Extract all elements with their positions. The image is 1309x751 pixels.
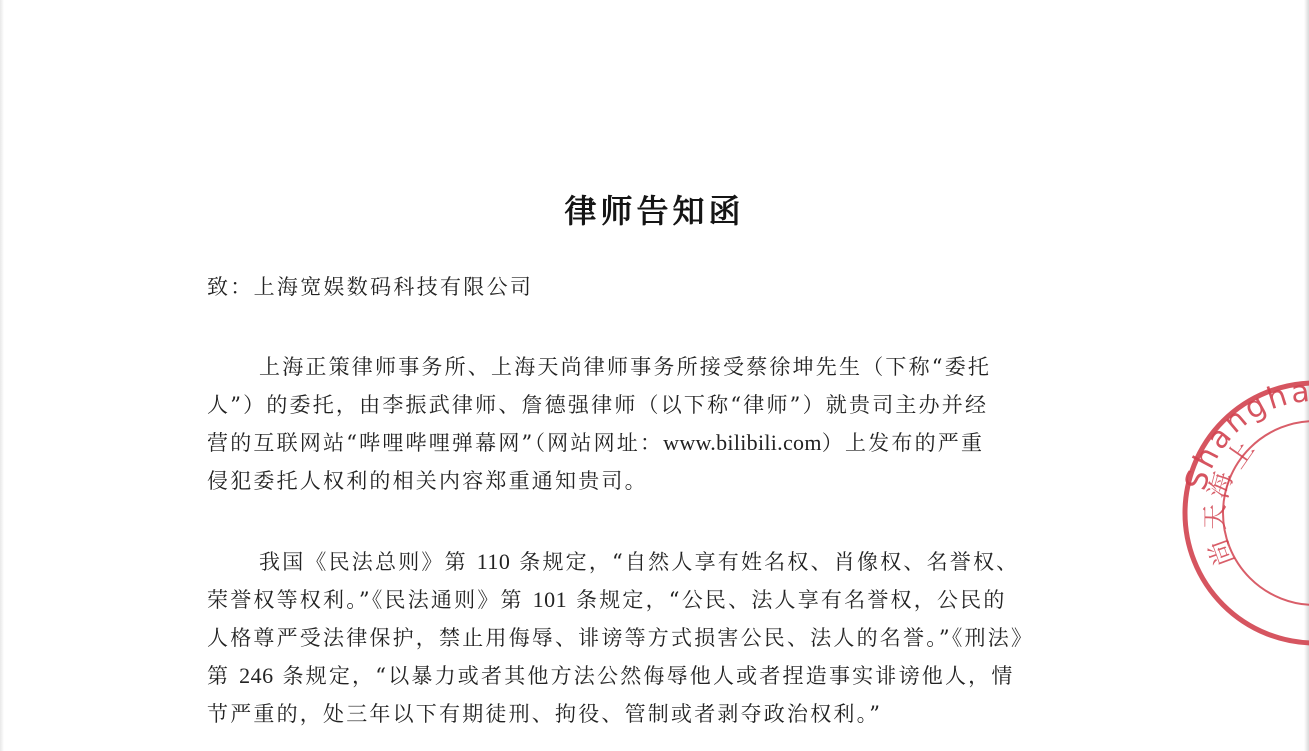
document-title: 律师告知函: [0, 186, 1309, 232]
paragraph-legal-basis: 我国《民法总则》第 110 条规定，“自然人享有姓名权、肖像权、名誉权、 荣誉权…: [207, 543, 1097, 733]
article-number: 110: [477, 549, 511, 574]
text-segment: 第: [207, 664, 239, 688]
text-segment: 条规定，“自然人享有姓名权、肖像权、名誉权、: [510, 550, 1019, 574]
paragraph-line: 营的互联网站“哔哩哔哩弹幕网”（网站网址：www.bilibili.com）上发…: [207, 424, 1097, 462]
text-segment: 荣誉权等权利。”《民法通则》第: [207, 588, 533, 612]
paragraph-intro: 上海正策律师事务所、上海天尚律师事务所接受蔡徐坤先生（下称“委托 人”）的委托，…: [207, 348, 1097, 500]
document-page: 律师告知函 致：上海宽娱数码科技有限公司 上海正策律师事务所、上海天尚律师事务所…: [0, 0, 1309, 751]
paragraph-line: 人”）的委托，由李振武律师、詹德强律师（以下称“律师”）就贵司主办并经: [207, 386, 1097, 424]
paragraph-line: 人格尊严受法律保护，禁止用侮辱、诽谤等方式损害公民、法人的名誉。”《刑法》: [207, 619, 1097, 657]
paragraph-line: 侵犯委托人权利的相关内容郑重通知贵司。: [207, 462, 1097, 500]
seal-char: 海: [1204, 469, 1240, 502]
seal-outer-text: Shanghai TianSun: [1180, 378, 1309, 502]
article-number: 101: [533, 587, 568, 612]
paragraph-line: 我国《民法总则》第 110 条规定，“自然人享有姓名权、肖像权、名誉权、: [207, 543, 1097, 581]
website-url: www.bilibili.com: [663, 430, 822, 455]
salutation: 致：上海宽娱数码科技有限公司: [207, 271, 533, 301]
seal-char: 天: [1201, 504, 1231, 530]
text-segment: 条规定，“公民、法人享有名誉权，公民的: [567, 588, 1006, 612]
seal-char: 尚: [1203, 535, 1240, 570]
article-number: 246: [239, 663, 274, 688]
text-segment: 营的互联网站“哔哩哔哩弹幕网”（网站网址：: [207, 431, 663, 455]
text-segment: 我国《民法总则》第: [259, 550, 477, 574]
svg-text:Shanghai TianSun: Shanghai TianSun: [1180, 378, 1309, 502]
law-firm-seal-stamp: Shanghai TianSun 上 海 天 尚: [1180, 378, 1309, 648]
paragraph-line: 节严重的，处三年以下有期徒刑、拘役、管制或者剥夺政治权利。”: [207, 695, 1097, 733]
paragraph-line: 荣誉权等权利。”《民法通则》第 101 条规定，“公民、法人享有名誉权，公民的: [207, 581, 1097, 619]
text-segment: 条规定，“以暴力或者其他方法公然侮辱他人或者捏造事实诽谤他人，情: [274, 664, 1015, 688]
paragraph-line: 上海正策律师事务所、上海天尚律师事务所接受蔡徐坤先生（下称“委托: [207, 348, 1097, 386]
paragraph-line: 第 246 条规定，“以暴力或者其他方法公然侮辱他人或者捏造事实诽谤他人，情: [207, 657, 1097, 695]
page-left-edge: [0, 0, 4, 751]
text-segment: ）上发布的严重: [822, 431, 984, 455]
